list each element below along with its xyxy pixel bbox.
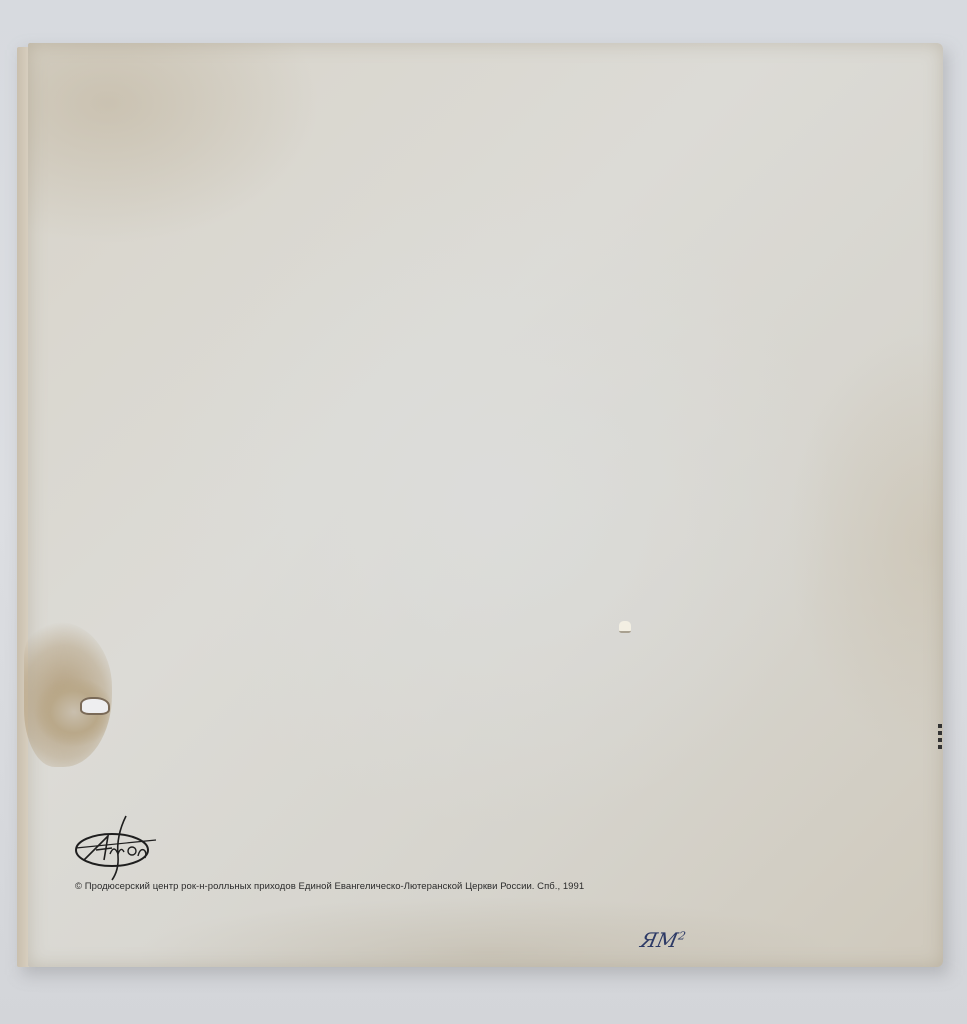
handwritten-note-main: ЯМ bbox=[638, 928, 680, 952]
copyright-text: © Продюсерский центр рок-н-ролльных прих… bbox=[75, 881, 584, 892]
record-sleeve bbox=[28, 43, 943, 967]
stain-tear bbox=[80, 697, 110, 715]
antrop-logo-icon bbox=[74, 814, 160, 884]
handwritten-note: ЯМ2 bbox=[638, 928, 687, 952]
edge-mark bbox=[938, 724, 942, 750]
paper-speck bbox=[619, 621, 631, 633]
